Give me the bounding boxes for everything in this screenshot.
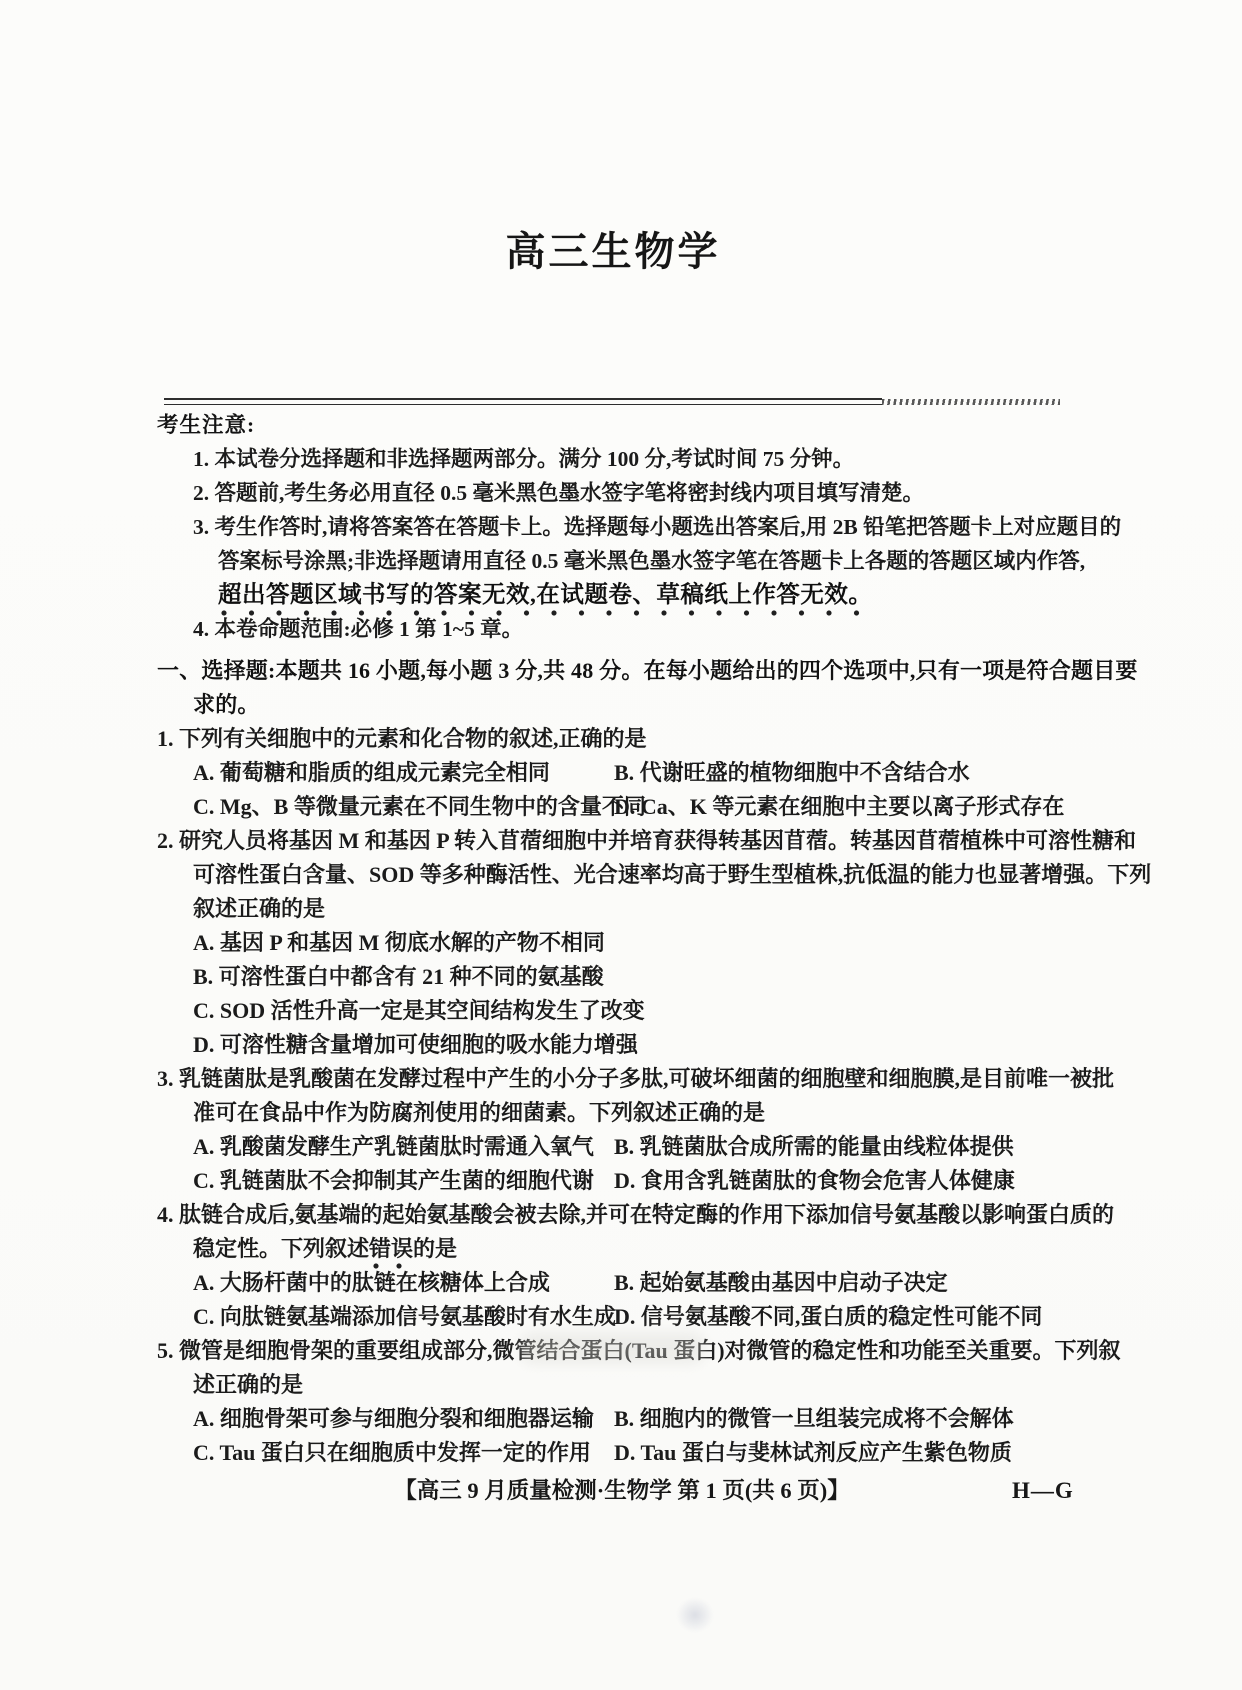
scan-smudge-bottom — [676, 1597, 714, 1633]
q1-option-a: A. 葡萄糖和脂质的组成元素完全相同 — [157, 756, 614, 790]
q5-option-d: D. Tau 蛋白与斐林试剂反应产生紫色物质 — [614, 1436, 1107, 1470]
q2-option-b: B. 可溶性蛋白中都含有 21 种不同的氨基酸 — [157, 960, 1107, 994]
section-heading-line2: 求的。 — [157, 688, 1107, 722]
question-3-stem-line1: 3. 乳链菌肽是乳酸菌在发酵过程中产生的小分子多肽,可破坏细菌的细胞壁和细胞膜,… — [157, 1062, 1107, 1096]
q5-option-c: C. Tau 蛋白只在细胞质中发挥一定的作用 — [157, 1436, 614, 1470]
q4-stem2-pre: 稳定性。下列叙述 — [193, 1236, 369, 1261]
q1-option-d: D. Ca、K 等元素在细胞中主要以离子形式存在 — [614, 790, 1107, 824]
question-3-stem-line2: 准可在食品中作为防腐剂使用的细菌素。下列叙述正确的是 — [157, 1096, 1107, 1130]
question-2-stem-line1: 2. 研究人员将基因 M 和基因 P 转入苜蓿细胞中并培育获得转基因苜蓿。转基因… — [157, 824, 1107, 858]
question-3-options-row-2: C. 乳链菌肽不会抑制其产生菌的细胞代谢 D. 食用含乳链菌肽的食物会危害人体健… — [157, 1164, 1107, 1198]
question-1-options-row-1: A. 葡萄糖和脂质的组成元素完全相同 B. 代谢旺盛的植物细胞中不含结合水 — [157, 756, 1107, 790]
q4-option-c: C. 向肽链氨基端添加信号氨基酸时有水生成 — [157, 1300, 614, 1334]
footer-page-label: 【高三 9 月质量检测·生物学 第 1 页(共 6 页)】 — [157, 1476, 1087, 1506]
q3-option-b: B. 乳链菌肽合成所需的能量由线粒体提供 — [614, 1130, 1107, 1164]
page-title: 高三生物学 — [506, 228, 721, 276]
question-4-stem-line2: 稳定性。下列叙述错误的是 — [157, 1232, 1107, 1266]
q4-option-d: D. 信号氨基酸不同,蛋白质的稳定性可能不同 — [614, 1300, 1107, 1334]
q4-stem2-post: 的是 — [413, 1236, 457, 1261]
q5-option-a: A. 细胞骨架可参与细胞分裂和细胞器运输 — [157, 1402, 614, 1436]
header-rule-hatch — [882, 399, 1060, 405]
question-5-options-row-1: A. 细胞骨架可参与细胞分裂和细胞器运输 B. 细胞内的微管一旦组装完成将不会解… — [157, 1402, 1107, 1436]
notice-item-3-line3: 超出答题区域书写的答案无效,在试题卷、草稿纸上作答无效。 — [157, 578, 1107, 612]
candidate-notice: 考生注意: 1. 本试卷分选择题和非选择题两部分。满分 100 分,考试时间 7… — [157, 408, 1107, 646]
notice-heading: 考生注意: — [157, 408, 1107, 442]
q4-option-b: B. 起始氨基酸由基因中启动子决定 — [614, 1266, 1107, 1300]
section-heading-line1: 一、选择题:本题共 16 小题,每小题 3 分,共 48 分。在每小题给出的四个… — [157, 654, 1107, 688]
scan-edge-shadow — [0, 180, 14, 380]
q4-stem2-emphasized-word: 错误 — [369, 1232, 413, 1266]
q1-option-b: B. 代谢旺盛的植物细胞中不含结合水 — [614, 756, 1107, 790]
q4-option-a: A. 大肠杆菌中的肽链在核糖体上合成 — [157, 1266, 614, 1300]
notice-item-3-line1: 3. 考生作答时,请将答案答在答题卡上。选择题每小题选出答案后,用 2B 铅笔把… — [157, 510, 1107, 544]
question-3-options-row-1: A. 乳酸菌发酵生产乳链菌肽时需通入氧气 B. 乳链菌肽合成所需的能量由线粒体提… — [157, 1130, 1107, 1164]
q5-option-b: B. 细胞内的微管一旦组装完成将不会解体 — [614, 1402, 1107, 1436]
section-heading-choice: 一、选择题:本题共 16 小题,每小题 3 分,共 48 分。在每小题给出的四个… — [157, 654, 1107, 722]
question-2-stem-line2: 可溶性蛋白含量、SOD 等多种酶活性、光合速率均高于野生型植株,抗低温的能力也显… — [157, 858, 1107, 892]
question-4-options-row-2: C. 向肽链氨基端添加信号氨基酸时有水生成 D. 信号氨基酸不同,蛋白质的稳定性… — [157, 1300, 1107, 1334]
notice-item-3-line2: 答案标号涂黑;非选择题请用直径 0.5 毫米黑色墨水签字笔在答题卡上各题的答题区… — [157, 544, 1107, 578]
exam-paper-page: 高三生物学 考生注意: 1. 本试卷分选择题和非选择题两部分。满分 100 分,… — [0, 0, 1242, 1690]
header-double-rule — [164, 398, 882, 405]
q2-option-a: A. 基因 P 和基因 M 彻底水解的产物不相同 — [157, 926, 1107, 960]
q2-option-c: C. SOD 活性升高一定是其空间结构发生了改变 — [157, 994, 1107, 1028]
q2-option-d: D. 可溶性糖含量增加可使细胞的吸水能力增强 — [157, 1028, 1107, 1062]
q3-option-d: D. 食用含乳链菌肽的食物会危害人体健康 — [614, 1164, 1107, 1198]
question-1-options-row-2: C. Mg、B 等微量元素在不同生物中的含量不同 D. Ca、K 等元素在细胞中… — [157, 790, 1107, 824]
q1-option-c: C. Mg、B 等微量元素在不同生物中的含量不同 — [157, 790, 614, 824]
question-5-options-row-2: C. Tau 蛋白只在细胞质中发挥一定的作用 D. Tau 蛋白与斐林试剂反应产… — [157, 1436, 1107, 1470]
scan-smudge-q5 — [520, 1332, 705, 1364]
question-4-options-row-1: A. 大肠杆菌中的肽链在核糖体上合成 B. 起始氨基酸由基因中启动子决定 — [157, 1266, 1107, 1300]
notice-emphasized-text: 超出答题区域书写的答案无效,在试题卷、草稿纸上作答无效。 — [218, 578, 872, 612]
question-2-stem-line3: 叙述正确的是 — [157, 892, 1107, 926]
q3-option-c: C. 乳链菌肽不会抑制其产生菌的细胞代谢 — [157, 1164, 614, 1198]
question-1-stem: 1. 下列有关细胞中的元素和化合物的叙述,正确的是 — [157, 722, 1107, 756]
q3-option-a: A. 乳酸菌发酵生产乳链菌肽时需通入氧气 — [157, 1130, 614, 1164]
notice-item-2: 2. 答题前,考生务必用直径 0.5 毫米黑色墨水签字笔将密封线内项目填写清楚。 — [157, 476, 1107, 510]
question-5-stem-line2: 述正确的是 — [157, 1368, 1107, 1402]
question-4-stem-line1: 4. 肽链合成后,氨基端的起始氨基酸会被去除,并可在特定酶的作用下添加信号氨基酸… — [157, 1198, 1107, 1232]
notice-item-4: 4. 本卷命题范围:必修 1 第 1~5 章。 — [157, 612, 1107, 646]
footer-version-code: H—G — [1012, 1476, 1074, 1506]
notice-item-1: 1. 本试卷分选择题和非选择题两部分。满分 100 分,考试时间 75 分钟。 — [157, 442, 1107, 476]
